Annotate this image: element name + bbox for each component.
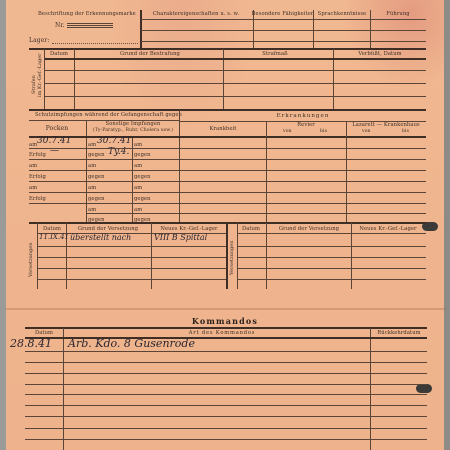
table-row	[45, 83, 426, 84]
impfungen-col-sonstige-sub: (Ty-Paratyp., Ruhr, Cholera usw.)	[93, 128, 173, 133]
header-col-faehigkeiten: Besondere Fähigkeiten	[252, 11, 315, 17]
table-row	[25, 373, 427, 374]
nr-line	[67, 23, 113, 24]
table-row	[25, 362, 427, 363]
fold-crease	[6, 308, 446, 310]
table-row	[37, 268, 226, 269]
table-row	[37, 257, 226, 258]
table-row	[25, 351, 427, 352]
versetzungen-left-side-label: Versetzungen	[28, 243, 34, 278]
erkrankungen-col-lazarett: Lazarett — Krankenhaus	[352, 122, 420, 128]
table-row	[45, 96, 426, 97]
nr-label: Nr.	[55, 22, 65, 29]
table-row	[25, 394, 427, 395]
erkrankungen-col-krankheit: Krankheit	[210, 126, 237, 132]
impfungen-title: Schutzimpfungen während der Gefangenscha…	[35, 112, 182, 118]
table-row	[45, 70, 426, 71]
kommando-type-handwritten: Arb. Kdo. 8 Gusenrode	[68, 337, 195, 350]
impfungen-col-sonstige: Sonstige Impfungen	[106, 121, 161, 127]
versetzung-reason-handwritten: überstellt nach	[70, 233, 131, 242]
strafen-col-strafmass: Strafmaß	[262, 51, 287, 57]
header-col-charakter: Charaktereigenschaften u. s. w.	[153, 11, 239, 17]
strafen-col-datum: Datum	[50, 51, 68, 57]
table-row	[25, 405, 427, 406]
lager-label: Lager:	[29, 37, 49, 44]
table-row	[237, 268, 426, 269]
pocken-date-handwritten: 30.7.41	[37, 136, 71, 146]
versetzungen-right-col-grund: Grund der Versetzung	[279, 226, 339, 232]
table-row	[237, 246, 426, 247]
erkrankungen-title: Erkrankungen	[277, 113, 330, 119]
table-row	[237, 279, 426, 280]
strafen-side-label-2: im Kr.-Gef.-Lager	[37, 53, 43, 97]
table-row	[25, 428, 427, 429]
header-col-sprachkenntnisse: Sprachkenntnisse	[318, 11, 367, 17]
versetzung-camp-handwritten: VIII B Spittal	[154, 233, 207, 242]
table-row	[25, 416, 427, 417]
kommandos-title: Kommandos	[192, 316, 258, 326]
strafen-col-grund: Grund der Bestrafung	[120, 51, 180, 57]
versetzungen-col-datum: Datum	[43, 226, 61, 232]
sonstige-date-handwritten: 30.7.41	[97, 136, 131, 146]
kommandos-col-rueckkehr: Rückkehrdatum	[377, 330, 420, 336]
nr-line	[67, 27, 113, 28]
versetzung-date-handwritten: 11.IX.41	[39, 233, 69, 241]
versetzungen-right-col-datum: Datum	[242, 226, 260, 232]
kommando-date-handwritten: 28.8.41	[10, 337, 52, 350]
versetzungen-right-col-lager: Neues Kr.-Gef.-Lager	[359, 226, 416, 232]
punch-hole	[416, 384, 432, 393]
lager-line	[52, 43, 138, 44]
erkrankungen-col-revier: Revier	[297, 122, 315, 128]
versetzungen-right-side-label: Versetzungen	[229, 241, 235, 276]
scan-edge	[444, 0, 450, 450]
header-col-fuehrung: Führung	[386, 11, 409, 17]
table-row	[37, 246, 226, 247]
table-row	[25, 439, 427, 440]
table-row	[25, 384, 427, 385]
strafen-col-verbuesst: Verbüßt, Datum	[358, 51, 401, 57]
versetzungen-col-grund: Grund der Versetzung	[78, 226, 138, 232]
versetzungen-col-lager: Neues Kr.-Gef.-Lager	[160, 226, 217, 232]
kommandos-col-datum: Datum	[35, 330, 53, 336]
table-row	[37, 279, 226, 280]
kommandos-col-art: Art des Kommandos	[189, 330, 256, 336]
impfungen-col-pocken: Pocken	[46, 125, 68, 132]
table-row	[237, 257, 426, 258]
erkennungsmarke-label: Beschriftung der Erkennungsmarke	[38, 11, 136, 17]
nr-line	[67, 25, 113, 26]
